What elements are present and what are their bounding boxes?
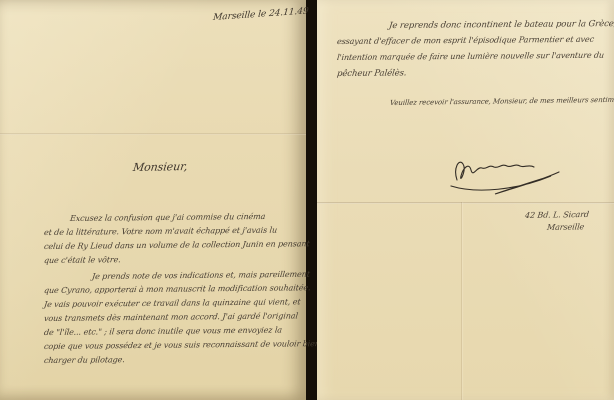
- letter-line: que Cyrano, apporterai à mon manuscrit l…: [43, 283, 311, 295]
- letter-scan: Marseille le 24.11.49 Monsieur, Excusez …: [0, 0, 614, 400]
- letter-line: de "l'île... etc." ; il sera donc inutil…: [43, 326, 282, 337]
- letter-line: et de la littérature. Votre nom m'avait …: [43, 226, 277, 237]
- letter-line: celui de Ry Lieud dans un volume de la c…: [43, 239, 310, 251]
- letter-line: l'intention marquée de faire une lumière…: [336, 51, 604, 62]
- letter-page-left: Marseille le 24.11.49 Monsieur, Excusez …: [0, 0, 306, 400]
- address-line: 42 Bd. L. Sicard: [525, 210, 590, 220]
- letter-line: pêcheur Palélès.: [336, 68, 407, 79]
- fold-crease: [317, 202, 614, 204]
- letter-date: Marseille le 24.11.49: [213, 6, 309, 23]
- letter-line: charger du pilotage.: [43, 355, 125, 365]
- letter-line: Excusez la confusion que j'ai commise du…: [69, 212, 265, 223]
- letter-page-right: Je reprends donc incontinent le bateau p…: [317, 0, 614, 400]
- signature: [447, 150, 577, 198]
- fold-crease: [461, 202, 462, 400]
- letter-line: vous transmets dès maintenant mon accord…: [43, 311, 298, 323]
- letter-line: copie que vous possédez et je vous suis …: [43, 339, 334, 351]
- salutation: Monsieur,: [132, 160, 188, 174]
- letter-line: que c'était le vôtre.: [43, 255, 121, 265]
- fold-crease: [0, 133, 306, 135]
- letter-line: Je reprends donc incontinent le bateau p…: [388, 19, 614, 31]
- letter-line: essayant d'effacer de mon esprit l'épiso…: [336, 35, 594, 46]
- letter-line: Je prends note de vos indications et, ma…: [91, 270, 310, 281]
- closing-line: Veuillez recevoir l'assurance, Monsieur,…: [390, 96, 614, 107]
- letter-line: Je vais pouvoir exécuter ce travail dans…: [43, 297, 301, 309]
- address-line: Marseille: [547, 222, 585, 232]
